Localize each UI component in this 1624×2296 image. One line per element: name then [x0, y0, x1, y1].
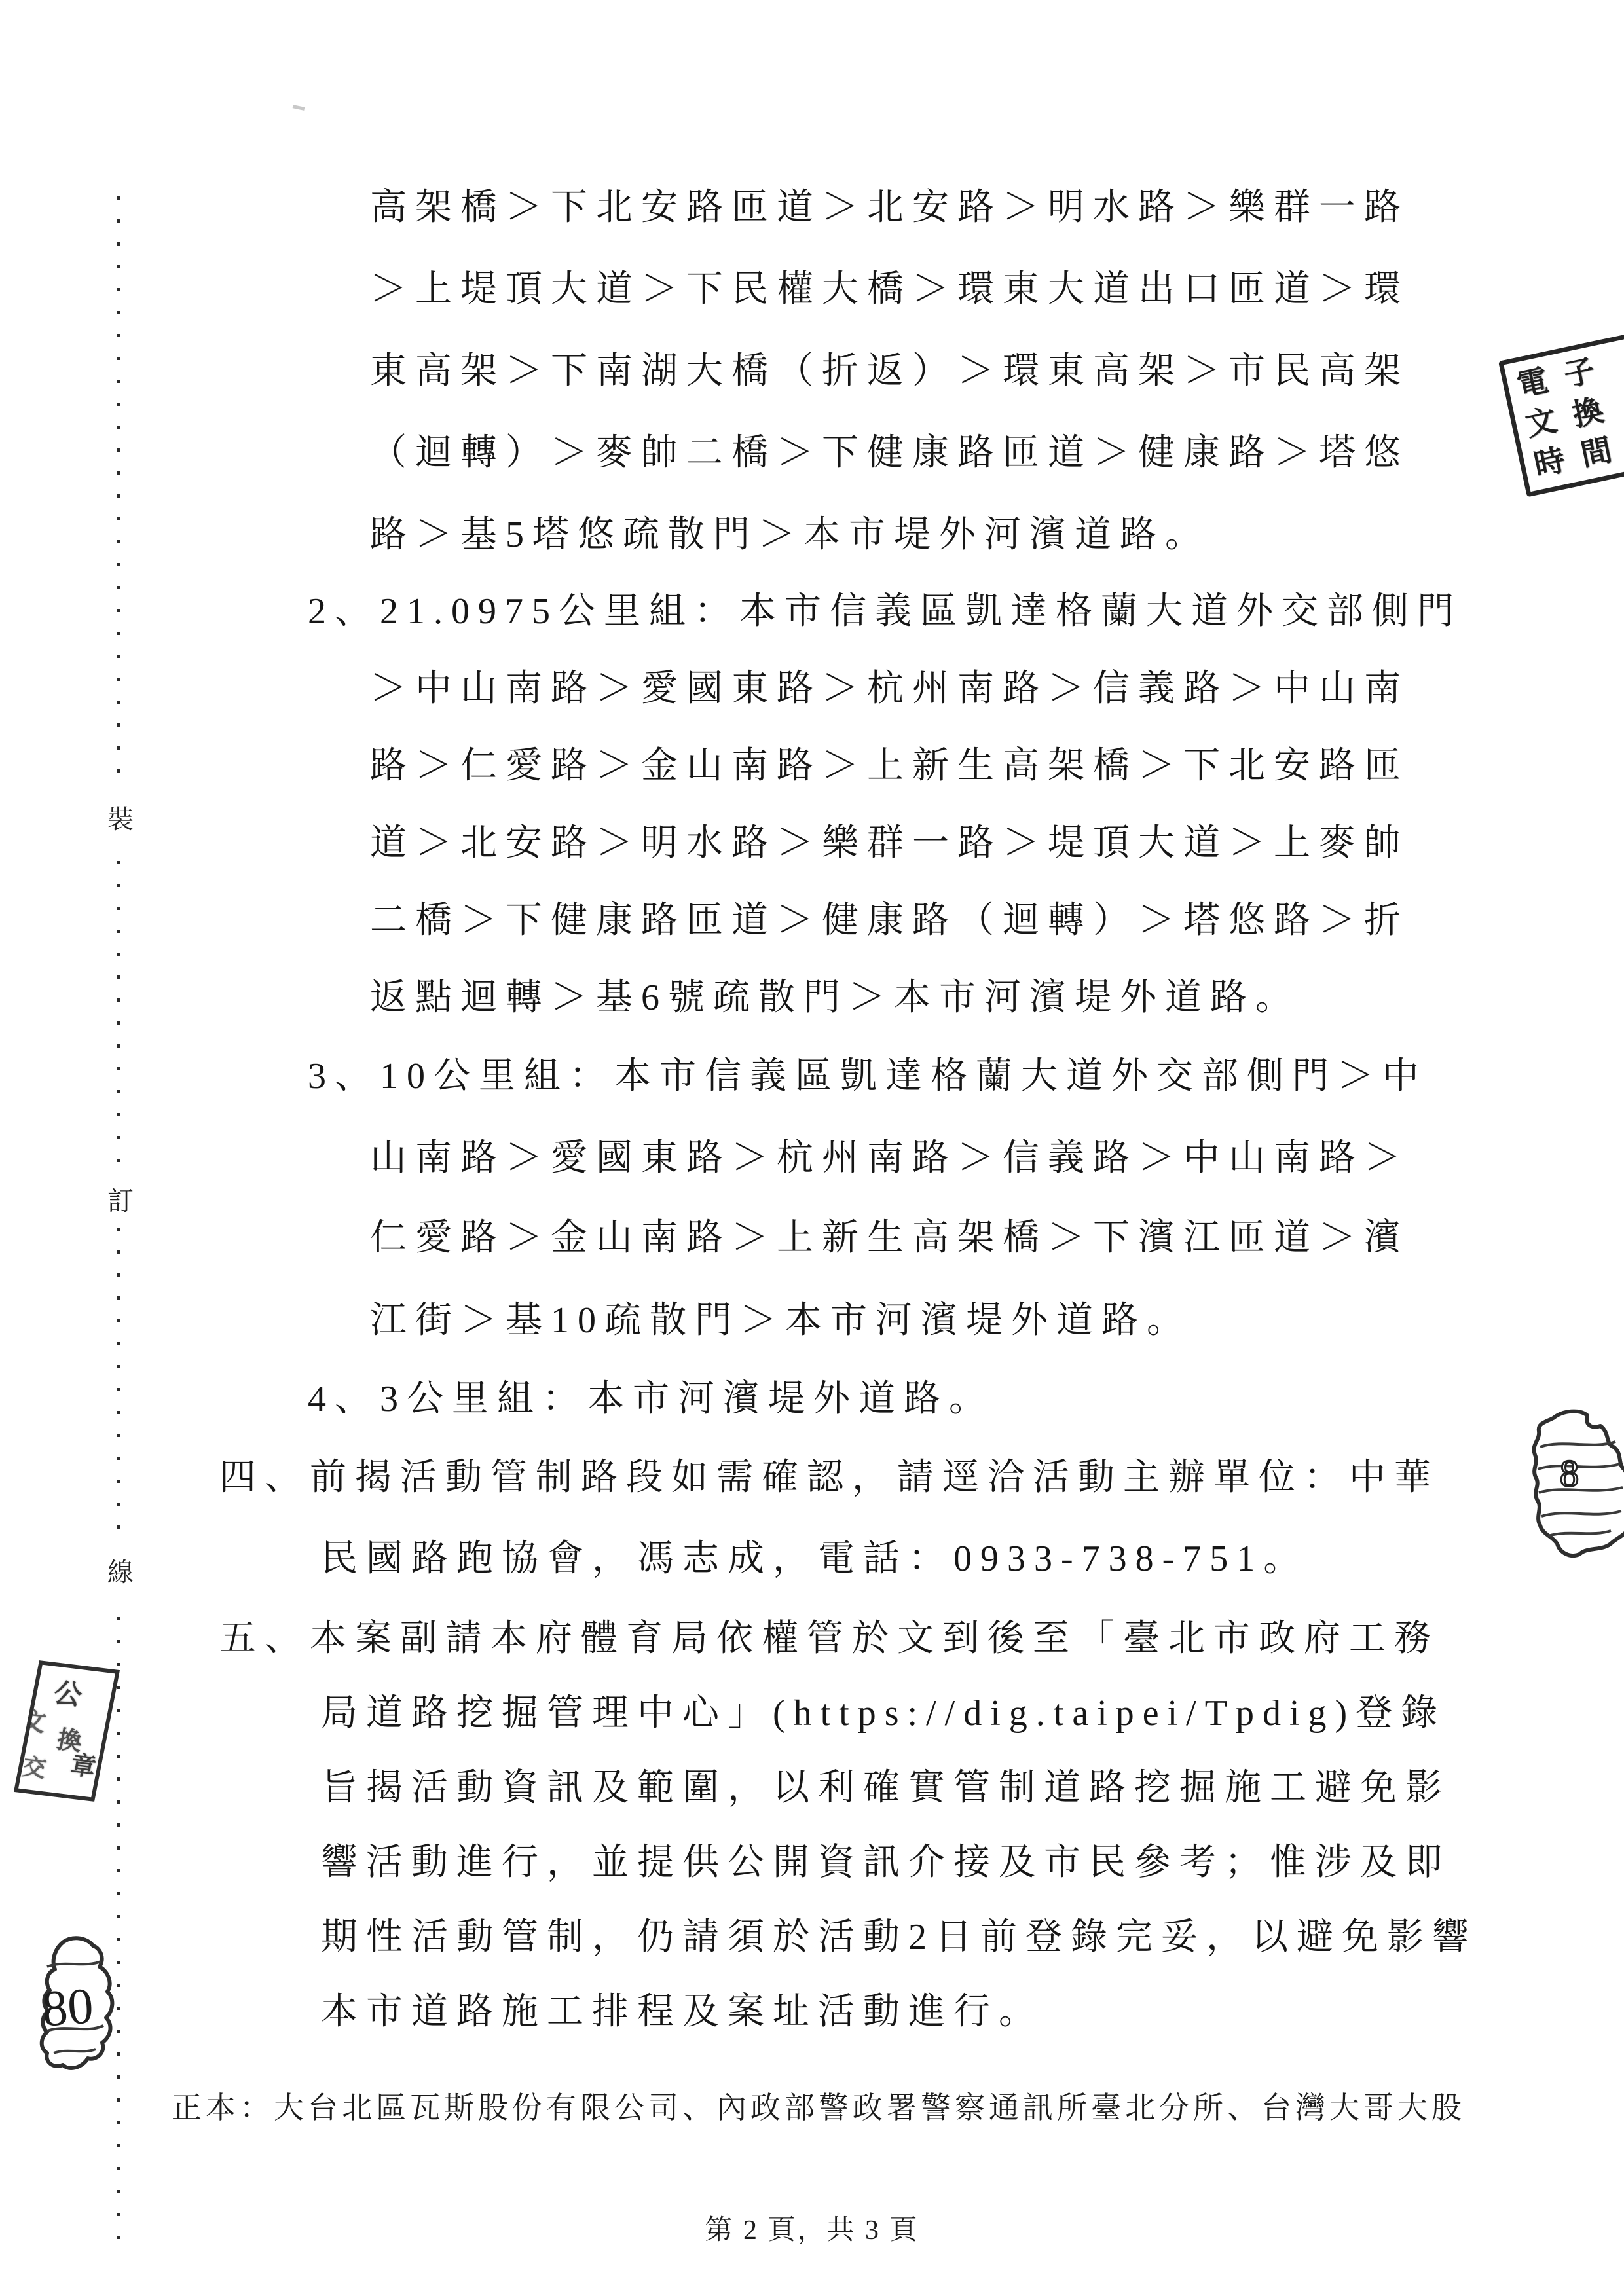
route-line: 返點迴轉＞基6號疏散門＞本市河濱堤外道路。 — [370, 979, 1301, 1017]
section-5-line: 響活動進行，並提供公開資訊介接及市民參考；惟涉及即 — [321, 1844, 1450, 1882]
recipients-line: 正本：大台北區瓦斯股份有限公司、內政部警政署警察通訊所臺北分所、台灣大哥大股 — [172, 2084, 1466, 2127]
route-line: （迴轉）＞麥帥二橋＞下健康路匝道＞健康路＞塔悠 — [370, 434, 1409, 473]
stamp-number-80: 80 — [40, 1977, 95, 2037]
section-5-line: 局道路挖掘管理中心」(https://dig.taipei/Tpdig)登錄 — [321, 1694, 1446, 1733]
section-5-line: 五、本案副請本府體育局依權管於文到後至「臺北市政府工務 — [219, 1620, 1439, 1658]
stamp-number-8: 8 — [1560, 1452, 1579, 1495]
crumpled-seal-80: 80 — [28, 1933, 116, 2080]
seal-char: 交 — [20, 1755, 48, 1781]
seal-char: 公 — [52, 1680, 84, 1710]
section-4-line: 民國路跑協會，馮志成，電話：0933-738-751。 — [321, 1540, 1308, 1578]
route-line: 江街＞基10疏散門＞本市河濱堤外道路。 — [370, 1302, 1192, 1340]
section-5-line: 期性活動管制，仍請須於活動2日前登錄完妥，以避免影響 — [321, 1918, 1477, 1957]
route-line: 東高架＞下南湖大橋（折返）＞環東高架＞市民高架 — [370, 352, 1409, 391]
binding-char-ding: 訂 — [103, 1173, 138, 1226]
route-line: 山南路＞愛國東路＞杭州南路＞信義路＞中山南路＞ — [370, 1139, 1409, 1178]
route-line: 仁愛路＞金山南路＞上新生高架橋＞下濱江匝道＞濱 — [370, 1219, 1409, 1258]
seal-char: 章 — [68, 1753, 98, 1780]
subitem-2-line: 2、21.0975公里組：本市信義區凱達格蘭大道外交部側門 — [308, 592, 1462, 631]
section-5-line: 本市道路施工排程及案址活動進行。 — [321, 1993, 1044, 2032]
route-line: 二橋＞下健康路匝道＞健康路（迴轉）＞塔悠路＞折 — [370, 902, 1409, 940]
subitem-3-line: 3、10公里組：本市信義區凱達格蘭大道外交部側門＞中 — [308, 1057, 1428, 1096]
seal-char: 文 — [18, 1709, 48, 1736]
route-line: 路＞仁愛路＞金山南路＞上新生高架橋＞下北安路匝 — [370, 747, 1409, 786]
scanned-document-page: 裝 訂 線 高架橋＞下北安路匝道＞北安路＞明水路＞樂群一路 ＞上堤頂大道＞下民權… — [0, 0, 1624, 2296]
scan-speck — [293, 105, 305, 111]
electronic-exchange-stamp: 電子 文換 時間 — [1498, 333, 1624, 497]
section-5-line: 旨揭活動資訊及範圍，以利確實管制道路挖掘施工避免影 — [321, 1769, 1450, 1808]
crumpled-seal-right: 8 — [1514, 1406, 1624, 1560]
route-line: 道＞北安路＞明水路＞樂群一路＞堤頂大道＞上麥帥 — [370, 824, 1409, 863]
page-number-footer: 第 2 頁，共 3 頁 — [0, 2208, 1624, 2248]
route-line: 高架橋＞下北安路匝道＞北安路＞明水路＞樂群一路 — [370, 189, 1409, 227]
route-line: ＞中山南路＞愛國東路＞杭州南路＞信義路＞中山南 — [370, 670, 1409, 708]
seal-char: 換 — [55, 1728, 84, 1755]
binding-char-xian: 線 — [103, 1544, 138, 1597]
binding-char-zhuang: 裝 — [103, 791, 138, 844]
document-exchange-seal: 公 文 換 交 章 — [14, 1660, 120, 1802]
route-line: ＞上堤頂大道＞下民權大橋＞環東大道出口匝道＞環 — [370, 270, 1409, 309]
binding-dotted-line — [117, 196, 120, 2259]
section-4-line: 四、前揭活動管制路段如需確認，請逕洽活動主辦單位：中華 — [219, 1459, 1439, 1497]
subitem-4-line: 4、3公里組：本市河濱堤外道路。 — [308, 1380, 994, 1419]
route-line: 路＞基5塔悠疏散門＞本市堤外河濱道路。 — [370, 516, 1210, 555]
